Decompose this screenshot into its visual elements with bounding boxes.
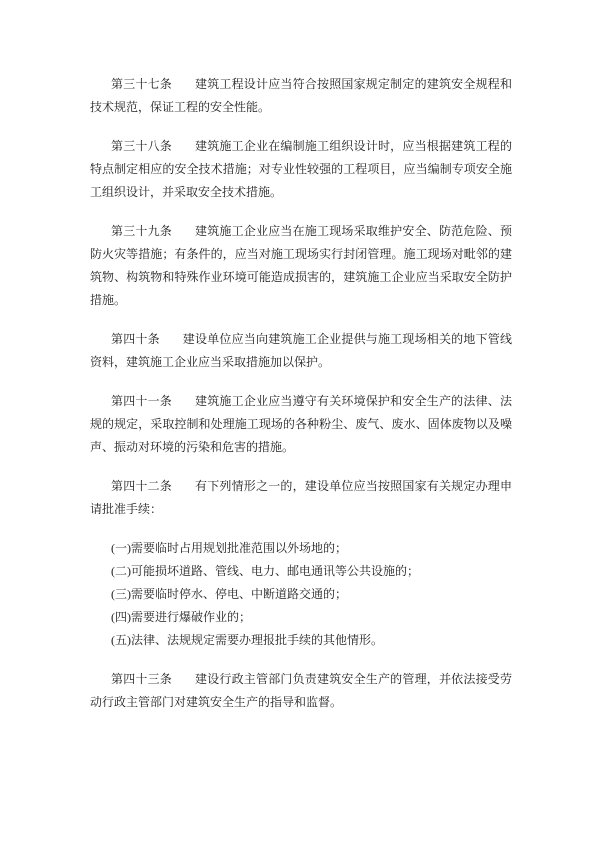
- article-42: 第四十二条有下列情形之一的，建设单位应当按照国家有关规定办理申请批准手续：: [90, 475, 512, 521]
- article-38: 第三十八条建筑施工企业在编制施工组织设计时，应当根据建筑工程的特点制定相应的安全…: [90, 135, 512, 204]
- article-43-number: 第四十三条: [111, 672, 172, 686]
- article-41-number: 第四十一条: [111, 394, 172, 408]
- article-38-number: 第三十八条: [111, 139, 172, 153]
- clause-item-4: (四)需要进行爆破作业的；: [90, 606, 512, 629]
- document-content: 第三十七条建筑工程设计应当符合按照国家规定制定的建筑安全规程和技术规范，保证工程…: [0, 0, 600, 714]
- document-page: 第三十七条建筑工程设计应当符合按照国家规定制定的建筑安全规程和技术规范，保证工程…: [0, 0, 600, 848]
- article-40-number: 第四十条: [111, 332, 160, 346]
- clause-item-5: (五)法律、法规规定需要办理报批手续的其他情形。: [90, 629, 512, 652]
- article-42-number: 第四十二条: [111, 479, 172, 493]
- article-41: 第四十一条建筑施工企业应当遵守有关环境保护和安全生产的法律、法规的规定，采取控制…: [90, 390, 512, 459]
- article-39: 第三十九条建筑施工企业应当在施工现场采取维护安全、防范危险、预防火灾等措施；有条…: [90, 220, 512, 312]
- article-42-clause-list: (一)需要临时占用规划批准范围以外场地的； (二)可能损坏道路、管线、电力、邮电…: [90, 537, 512, 652]
- article-37-number: 第三十七条: [111, 77, 172, 91]
- clause-item-3: (三)需要临时停水、停电、中断道路交通的；: [90, 583, 512, 606]
- article-40: 第四十条建设单位应当向建筑施工企业提供与施工现场相关的地下管线资料，建筑施工企业…: [90, 328, 512, 374]
- clause-item-1: (一)需要临时占用规划批准范围以外场地的；: [90, 537, 512, 560]
- article-43: 第四十三条建设行政主管部门负责建筑安全生产的管理，并依法接受劳动行政主管部门对建…: [90, 668, 512, 714]
- article-37: 第三十七条建筑工程设计应当符合按照国家规定制定的建筑安全规程和技术规范，保证工程…: [90, 73, 512, 119]
- clause-item-2: (二)可能损坏道路、管线、电力、邮电通讯等公共设施的；: [90, 560, 512, 583]
- article-39-number: 第三十九条: [111, 224, 172, 238]
